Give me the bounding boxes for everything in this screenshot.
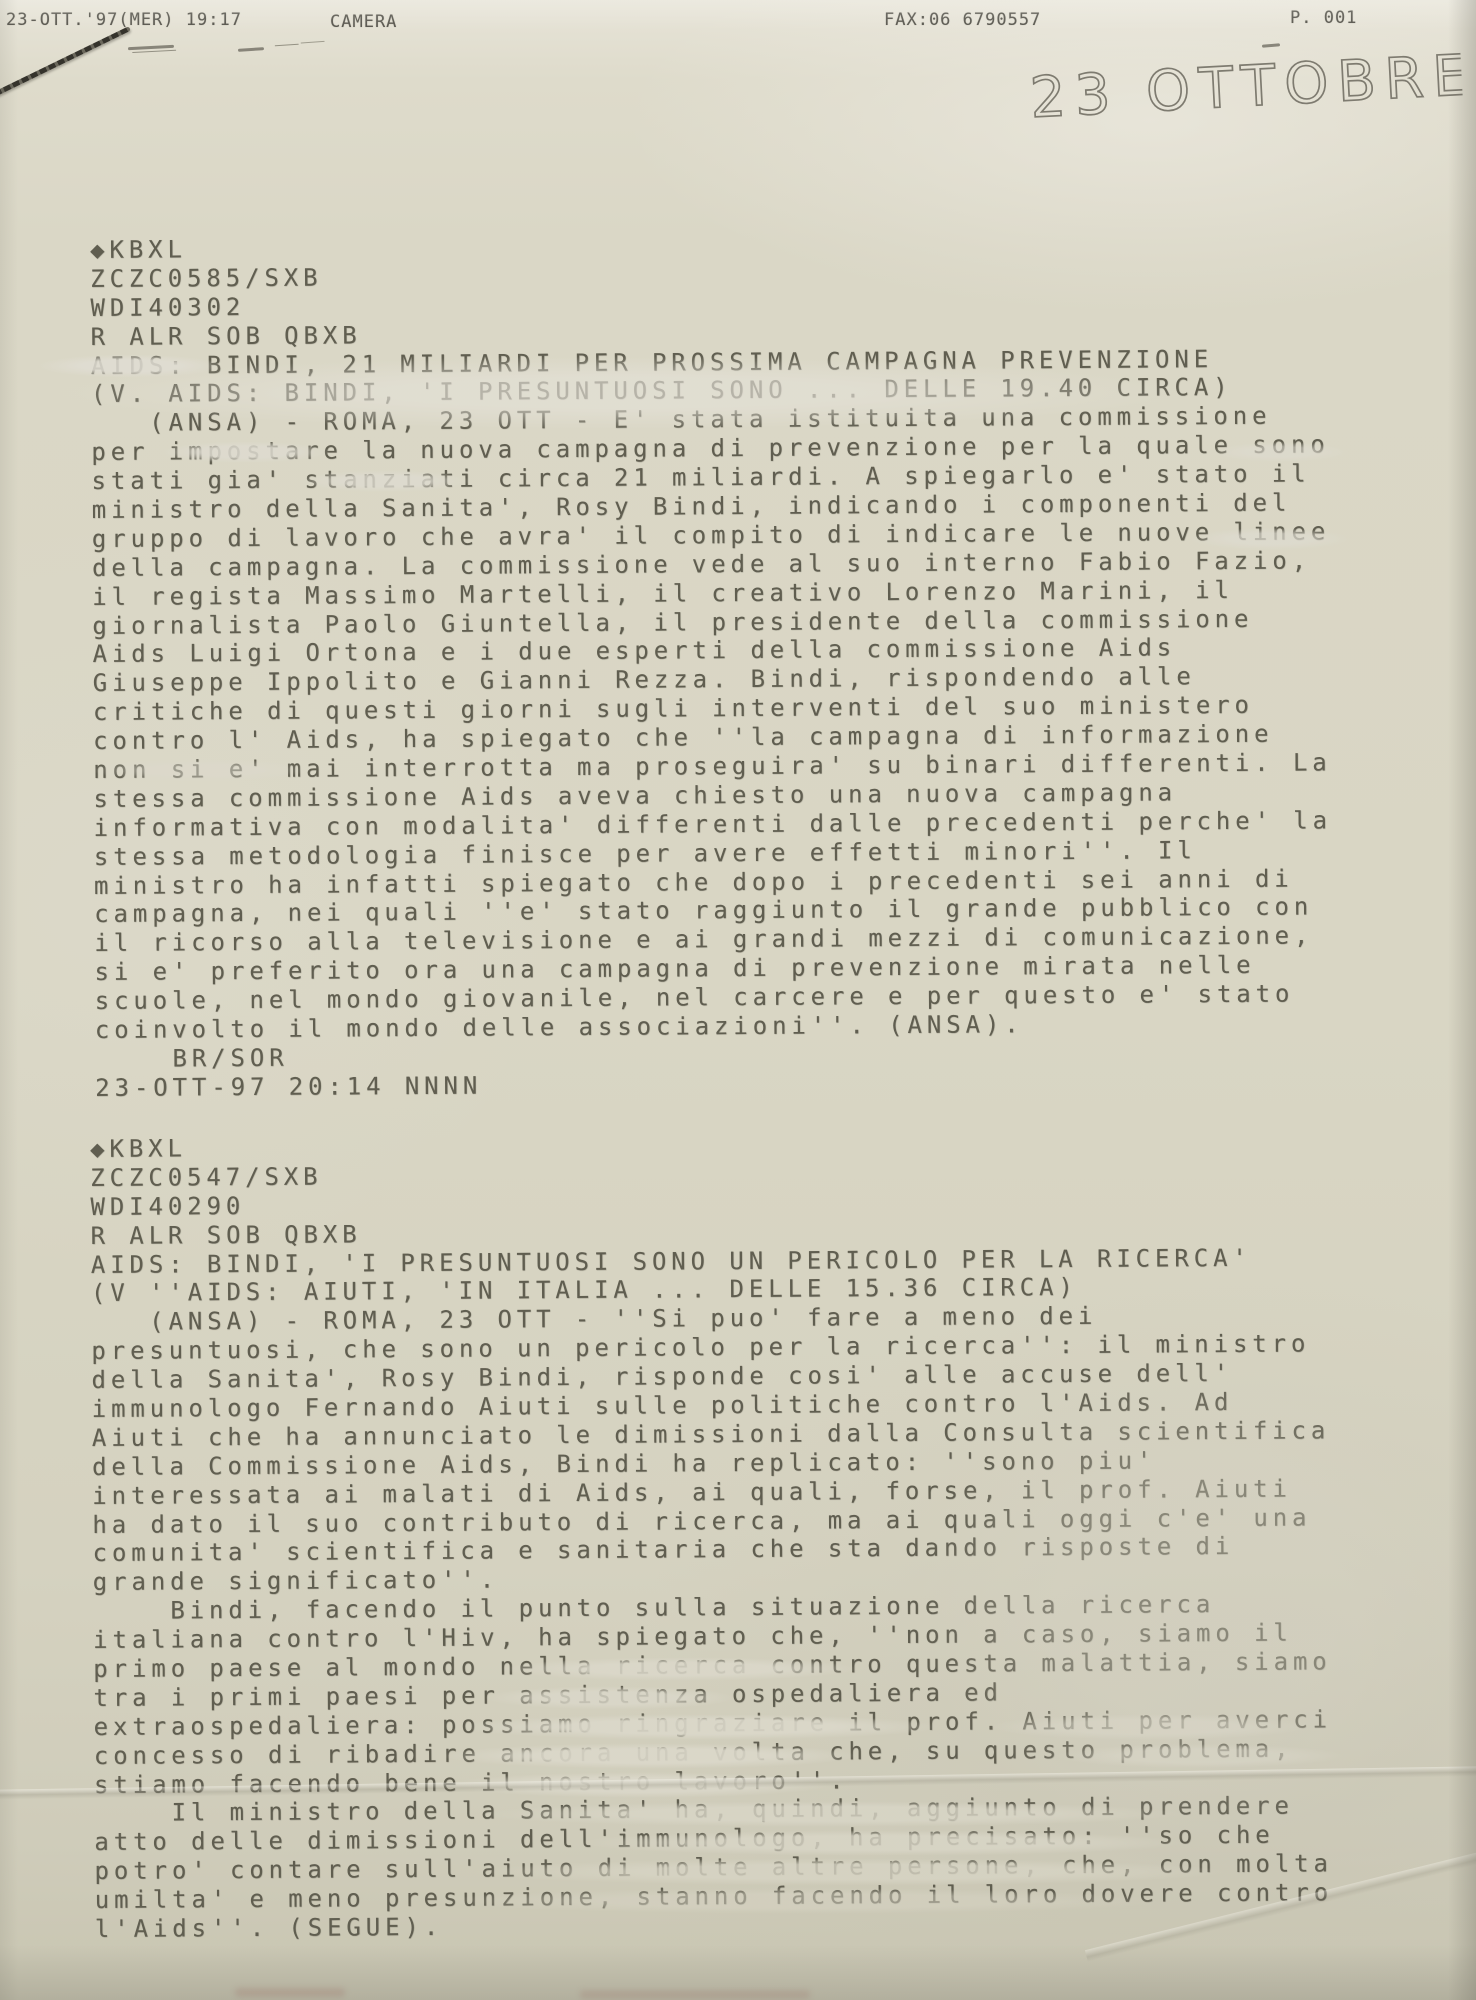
pen-mark: [128, 45, 174, 50]
fax-number: FAX:06 6790557: [884, 10, 1041, 30]
ghost-ink-smudge: [580, 1990, 810, 1999]
fax-sender-name: CAMERA: [330, 12, 397, 32]
pen-mark: [238, 47, 264, 52]
ghost-ink-smudge: [235, 1988, 345, 1997]
telex-message-2: ◆KBXLZCZC0547/SXBWDI40290R ALR SOB QBXBA…: [90, 1127, 1425, 1944]
telex-message-1: ◆KBXLZCZC0585/SXBWDI40302R ALR SOB QBXBA…: [90, 228, 1425, 1103]
fax-document-page: 23-OTT.'97(MER) 19:17 CAMERA FAX:06 6790…: [0, 0, 1476, 2000]
handwritten-date-text: 23 OTTOBRE: [1029, 43, 1465, 131]
staple-mark: [0, 26, 131, 101]
handwritten-annotation: 23 OTTOBRE: [1019, 23, 1464, 156]
fax-page-number: P. 001: [1290, 8, 1357, 28]
